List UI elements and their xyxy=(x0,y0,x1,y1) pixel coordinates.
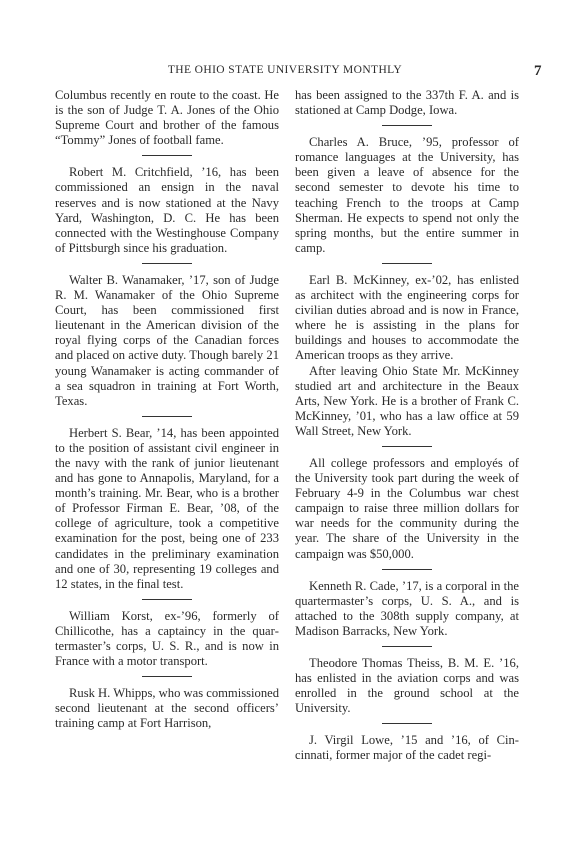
running-title: THE OHIO STATE UNIVERSITY MONTHLY xyxy=(0,64,570,76)
page-number: 7 xyxy=(534,63,542,80)
right-column: has been assigned to the 337th F. A. and… xyxy=(295,88,519,764)
item-separator xyxy=(142,155,192,156)
item-separator xyxy=(382,125,432,126)
news-item-korst: William Korst, ex-’96, formerly of Chill… xyxy=(55,609,279,669)
news-item-whipps: Rusk H. Whipps, who was commis­sioned se… xyxy=(55,686,279,731)
news-item-wanamaker: Walter B. Wanamaker, ’17, son of Judge R… xyxy=(55,273,279,409)
news-item-whipps-continued: has been assigned to the 337th F. A. and… xyxy=(295,88,519,118)
news-item-jones-continued: Columbus recently en route to the coast.… xyxy=(55,88,279,148)
page-header: THE OHIO STATE UNIVERSITY MONTHLY 7 xyxy=(0,64,570,82)
item-separator xyxy=(382,723,432,724)
news-item-mckinney: Earl B. McKinney, ex-’02, has en­listed … xyxy=(295,273,519,364)
item-separator xyxy=(142,599,192,600)
news-item-bruce: Charles A. Bruce, ’95, professor of roma… xyxy=(295,135,519,256)
item-separator xyxy=(382,646,432,647)
item-separator xyxy=(142,263,192,264)
news-item-critchfield: Robert M. Critchfield, ’16, has been com… xyxy=(55,165,279,256)
news-item-bear: Herbert S. Bear, ’14, has been ap­pointe… xyxy=(55,426,279,592)
left-column: Columbus recently en route to the coast.… xyxy=(55,88,279,731)
news-item-theiss: Theodore Thomas Theiss, B. M. E. ’16, ha… xyxy=(295,656,519,716)
news-item-cade: Kenneth R. Cade, ’17, is a corporal in t… xyxy=(295,579,519,639)
news-item-lowe: J. Virgil Lowe, ’15 and ’16, of Cin­cinn… xyxy=(295,733,519,763)
item-separator xyxy=(382,263,432,264)
news-item-mckinney-followup: After leaving Ohio State Mr. Mc­Kinney s… xyxy=(295,364,519,439)
item-separator xyxy=(382,446,432,447)
news-item-war-chest: All college professors and employés of t… xyxy=(295,456,519,562)
item-separator xyxy=(142,416,192,417)
item-separator xyxy=(382,569,432,570)
item-separator xyxy=(142,676,192,677)
